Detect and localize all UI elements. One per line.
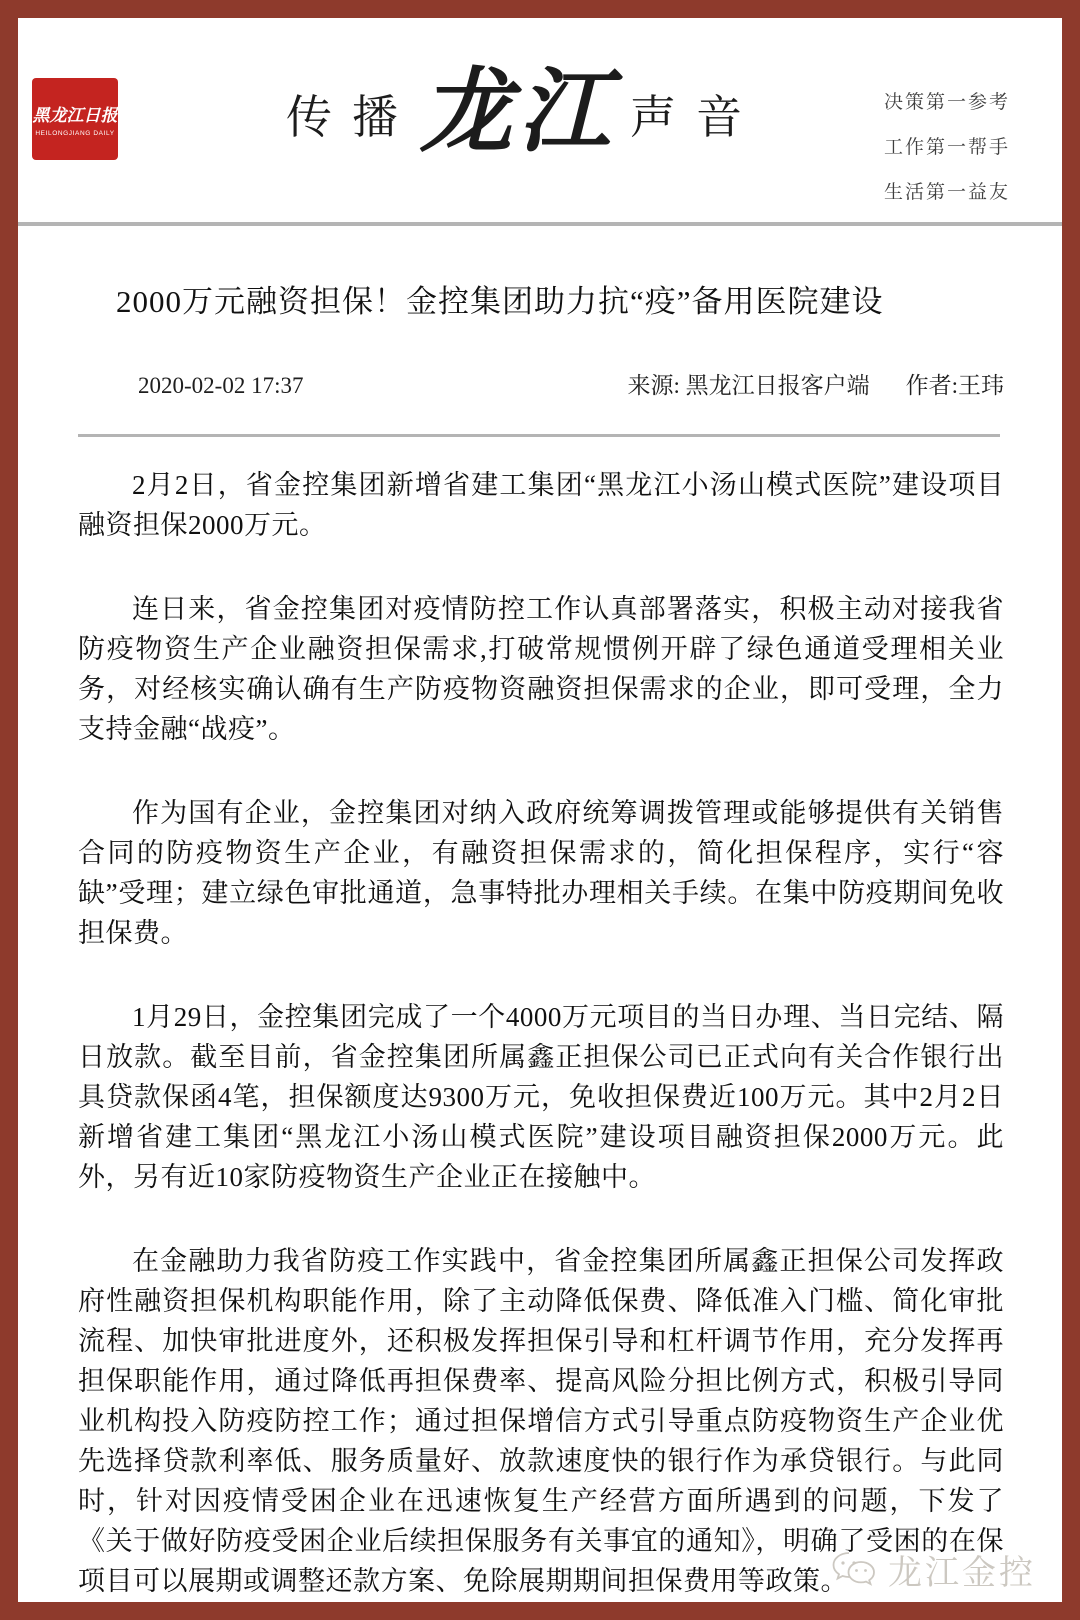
- tagline-3: 生活第一益友: [884, 170, 1010, 215]
- source-label: 来源: 黑龙江日报客户端: [627, 367, 869, 400]
- tagline-1: 决策第一参考: [884, 80, 1010, 125]
- banner-calligraphy-text: 龙江: [420, 38, 616, 170]
- article-page: 黑龙江日报 HEILONGJIANG DAILY 传播 龙江 声音 决策第一参考…: [0, 0, 1080, 1620]
- longjiang-jinkong-watermark: 龙江金控: [830, 1545, 1036, 1594]
- masthead-slogan-banner: 传播 龙江 声音: [286, 48, 762, 180]
- paragraph: 连日来，省金控集团对疫情防控工作认真部署落实，积极主动对接我省防疫物资生产企业融…: [78, 589, 1004, 749]
- paragraph: 2月2日，省金控集团新增省建工集团“黑龙江小汤山模式医院”建设项目融资担保200…: [78, 465, 1004, 545]
- heilongjiang-daily-logo: 黑龙江日报 HEILONGJIANG DAILY: [32, 78, 118, 160]
- publish-datetime: 2020-02-02 17:37: [138, 373, 303, 399]
- header-divider: [18, 222, 1062, 226]
- author-label: 作者:王玮: [906, 367, 1004, 400]
- article-body: 2月2日，省金控集团新增省建工集团“黑龙江小汤山模式医院”建设项目融资担保200…: [78, 465, 1004, 1601]
- tagline-2: 工作第一帮手: [884, 125, 1010, 170]
- masthead: 黑龙江日报 HEILONGJIANG DAILY 传播 龙江 声音 决策第一参考…: [18, 18, 1062, 222]
- banner-suffix-text: 声音: [630, 81, 762, 147]
- article-title: 2000万元融资担保！金控集团助力抗“疫”备用医院建设: [116, 276, 1002, 321]
- paragraph: 作为国有企业，金控集团对纳入政府统筹调拨管理或能够提供有关销售合同的防疫物资生产…: [78, 793, 1004, 953]
- article-meta: 2020-02-02 17:37 来源: 黑龙江日报客户端 作者:王玮: [138, 367, 1004, 400]
- meta-right-group: 来源: 黑龙江日报客户端 作者:王玮: [627, 367, 1004, 400]
- wechat-icon: [830, 1550, 878, 1590]
- masthead-taglines: 决策第一参考 工作第一帮手 生活第一益友: [884, 80, 1010, 215]
- watermark-text: 龙江金控: [888, 1545, 1036, 1594]
- logo-sub-text: HEILONGJIANG DAILY: [35, 130, 114, 137]
- logo-main-text: 黑龙江日报: [33, 101, 118, 126]
- title-divider: [78, 434, 1000, 437]
- paragraph: 1月29日，金控集团完成了一个4000万元项目的当日办理、当日完结、隔日放款。截…: [78, 997, 1004, 1197]
- banner-prefix-text: 传播: [286, 81, 418, 147]
